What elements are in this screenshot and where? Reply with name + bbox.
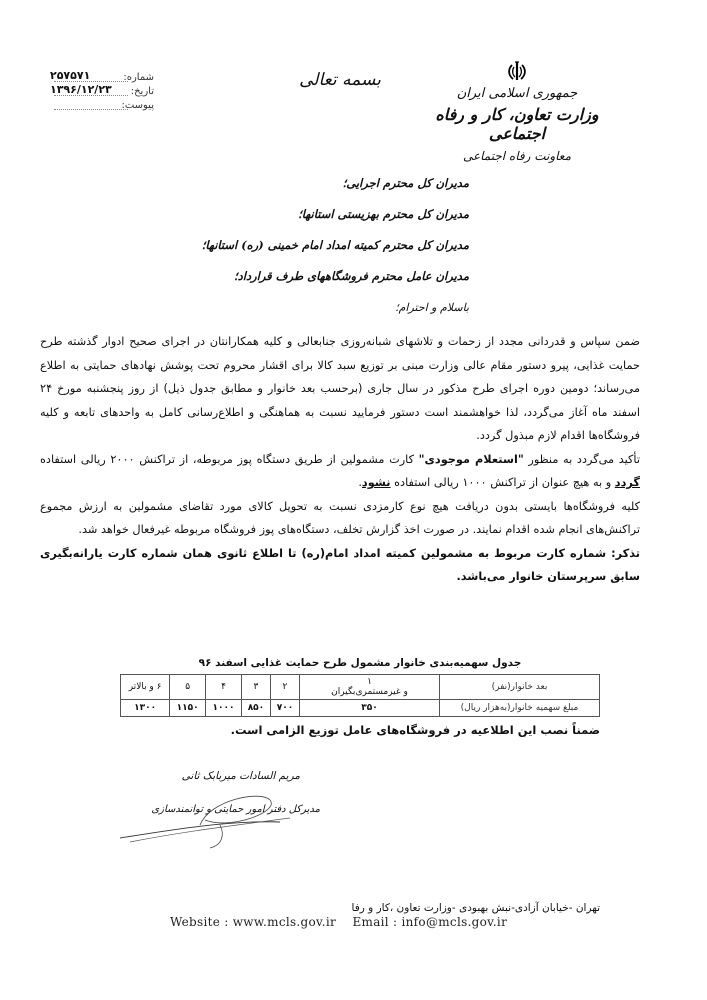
ministry-name: وزارت تعاون، کار و رفاه اجتماعی bbox=[417, 105, 617, 143]
recipient-item: مدیران کل محترم بهزیستی استانها؛ bbox=[169, 199, 469, 230]
signature-block: مریم السادات میربابک ثانی مدیرکل دفتر ام… bbox=[140, 770, 320, 815]
table-cell: ۷۰۰ bbox=[270, 700, 299, 717]
footer: تهران -خیابان آزادی-نبش بهبودی -وزارت تع… bbox=[170, 902, 600, 929]
letter-meta: شماره: ۲۵۷۵۷۱ تاریخ: ۱۳۹۶/۱۲/۲۳ پیوست: bbox=[14, 70, 154, 112]
bold-text: "استعلام موجودی" bbox=[419, 453, 524, 466]
letter-date-value: ۱۳۹۶/۱۲/۲۳ bbox=[50, 83, 112, 96]
deputy-name: معاونت رفاه اجتماعی bbox=[417, 149, 617, 163]
cell-line: ۱ bbox=[303, 677, 436, 687]
letter-date-label: تاریخ: bbox=[131, 86, 154, 97]
quota-table-section: جدول سهمیه‌بندی خانوار مشمول طرح حمایت غ… bbox=[120, 657, 600, 737]
table-cell: ۱۱۵۰ bbox=[170, 700, 206, 717]
cell-line: و غیرمستمری‌بگیران bbox=[303, 687, 436, 697]
letter-attachment-row: پیوست: bbox=[14, 98, 154, 112]
table-cell: ۴ bbox=[206, 675, 242, 700]
text-span: کارت مشمولین از طریق دستگاه پوز مربوطه، … bbox=[40, 453, 419, 466]
table-cell: ۸۵۰ bbox=[241, 700, 270, 717]
letterhead: جمهوری اسلامی ایران وزارت تعاون، کار و ر… bbox=[417, 60, 617, 163]
letter-date-row: تاریخ: ۱۳۹۶/۱۲/۲۳ bbox=[14, 84, 154, 98]
greeting: باسلام و احترام؛ bbox=[169, 292, 469, 323]
iran-emblem-icon bbox=[505, 60, 529, 84]
email-text: Email : info@mcls.gov.ir bbox=[352, 915, 507, 929]
table-cell: ۳۵۰ bbox=[300, 700, 440, 717]
table-row: بعد خانوار(نفر) ۱ و غیرمستمری‌بگیران ۲ ۳… bbox=[121, 675, 600, 700]
paragraph-stores: کلیه فروشگاه‌ها بایستی بدون دریافت هیچ ن… bbox=[40, 495, 640, 542]
table-cell: ۶ و بالاتر bbox=[121, 675, 170, 700]
table-title: جدول سهمیه‌بندی خانوار مشمول طرح حمایت غ… bbox=[120, 657, 600, 669]
dotted-line bbox=[54, 109, 128, 110]
paragraph-intro: ضمن سپاس و قدردانی مجدد از زحمات و تلاشه… bbox=[40, 330, 640, 448]
footer-address: تهران -خیابان آزادی-نبش بهبودی -وزارت تع… bbox=[170, 902, 600, 914]
country-name: جمهوری اسلامی ایران bbox=[417, 86, 617, 101]
recipient-item: مدیران عامل محترم فروشگاههای طرف قرارداد… bbox=[169, 261, 469, 292]
recipient-item: مدیران کل محترم اجرایی؛ bbox=[169, 168, 469, 199]
table-cell: ۱۰۰۰ bbox=[206, 700, 242, 717]
letter-number-row: شماره: ۲۵۷۵۷۱ bbox=[14, 70, 154, 84]
table-cell: ۲ bbox=[270, 675, 299, 700]
bismillah-heading: بسمه تعالی bbox=[290, 70, 390, 90]
underlined-text: گردد bbox=[615, 476, 640, 489]
paragraph-instruction: تأکید می‌گردد به منظور "استعلام موجودی" … bbox=[40, 448, 640, 495]
website-text: Website : www.mcls.gov.ir bbox=[170, 915, 336, 929]
quota-table: بعد خانوار(نفر) ۱ و غیرمستمری‌بگیران ۲ ۳… bbox=[120, 674, 600, 717]
signature-scribble-icon bbox=[110, 770, 310, 850]
letter-body: ضمن سپاس و قدردانی مجدد از زحمات و تلاشه… bbox=[40, 330, 640, 589]
footer-contact: Website : www.mcls.gov.ir Email : info@m… bbox=[170, 915, 600, 929]
note-paragraph: تذکر: شماره کارت مربوط به مشمولین کمیته … bbox=[40, 542, 640, 589]
underlined-text: نشود bbox=[362, 476, 391, 489]
text-span: و به هیچ عنوان از تراکنش ۱۰۰۰ ریالی استف… bbox=[391, 476, 615, 489]
table-row: مبلغ سهمیه خانوار(به‌هزار ریال) ۳۵۰ ۷۰۰ … bbox=[121, 700, 600, 717]
posting-notice: ضمناً نصب این اطلاعیه در فروشگاه‌های عام… bbox=[120, 723, 600, 737]
table-cell: ۱ و غیرمستمری‌بگیران bbox=[300, 675, 440, 700]
text-span: تأکید می‌گردد به منظور bbox=[524, 453, 640, 466]
row-header: بعد خانوار(نفر) bbox=[440, 675, 600, 700]
recipient-item: مدیران کل محترم کمیته امداد امام خمینی (… bbox=[169, 230, 469, 261]
letter-number-value: ۲۵۷۵۷۱ bbox=[50, 69, 90, 82]
table-cell: ۳ bbox=[241, 675, 270, 700]
row-header: مبلغ سهمیه خانوار(به‌هزار ریال) bbox=[440, 700, 600, 717]
recipients-list: مدیران کل محترم اجرایی؛ مدیران کل محترم … bbox=[169, 168, 469, 323]
table-cell: ۵ bbox=[170, 675, 206, 700]
table-cell: ۱۳۰۰ bbox=[121, 700, 170, 717]
